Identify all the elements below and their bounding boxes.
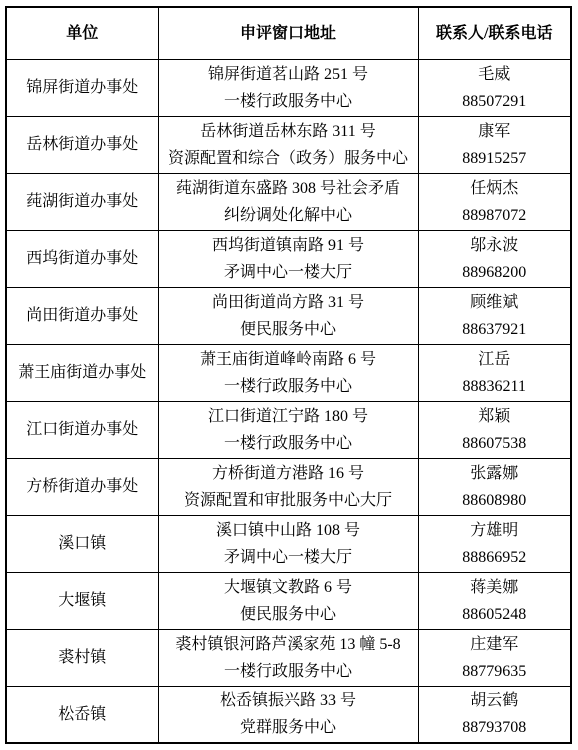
contact-phone: 88608980 [421, 487, 569, 514]
table-row: 溪口镇溪口镇中山路 108 号矛调中心一楼大厅方雄明88866952 [6, 515, 571, 572]
address-line-2: 一楼行政服务中心 [161, 88, 416, 115]
contact-name: 蒋美娜 [421, 574, 569, 601]
contact-name: 邬永波 [421, 232, 569, 259]
contact-cell: 郑颖88607538 [418, 401, 571, 458]
table-row: 江口街道办事处江口街道江宁路 180 号一楼行政服务中心郑颖88607538 [6, 401, 571, 458]
contact-name: 康军 [421, 118, 569, 145]
address-cell: 松岙镇振兴路 33 号党群服务中心 [158, 686, 418, 743]
address-line-1: 岳林街道岳林东路 311 号 [161, 118, 416, 145]
header-contact: 联系人/联系电话 [418, 7, 571, 59]
address-cell: 溪口镇中山路 108 号矛调中心一楼大厅 [158, 515, 418, 572]
contact-cell: 胡云鹤88793708 [418, 686, 571, 743]
contact-phone: 88607538 [421, 430, 569, 457]
contact-name: 方雄明 [421, 517, 569, 544]
table-row: 裘村镇裘村镇银河路芦溪家苑 13 幢 5-8一楼行政服务中心庄建军8877963… [6, 629, 571, 686]
address-cell: 裘村镇银河路芦溪家苑 13 幢 5-8一楼行政服务中心 [158, 629, 418, 686]
contact-phone: 88987072 [421, 202, 569, 229]
unit-cell: 方桥街道办事处 [6, 458, 158, 515]
address-line-2: 矛调中心一楼大厅 [161, 544, 416, 571]
address-cell: 江口街道江宁路 180 号一楼行政服务中心 [158, 401, 418, 458]
header-row: 单位 申评窗口地址 联系人/联系电话 [6, 7, 571, 59]
contact-phone: 88605248 [421, 601, 569, 628]
address-line-2: 一楼行政服务中心 [161, 373, 416, 400]
address-line-1: 裘村镇银河路芦溪家苑 13 幢 5-8 [161, 631, 416, 658]
contact-phone: 88968200 [421, 259, 569, 286]
address-line-2: 一楼行政服务中心 [161, 430, 416, 457]
contact-name: 张露娜 [421, 460, 569, 487]
unit-cell: 大堰镇 [6, 572, 158, 629]
address-cell: 西坞街道镇南路 91 号矛调中心一楼大厅 [158, 230, 418, 287]
address-cell: 萧王庙街道峰岭南路 6 号一楼行政服务中心 [158, 344, 418, 401]
address-line-2: 纠纷调处化解中心 [161, 202, 416, 229]
unit-cell: 莼湖街道办事处 [6, 173, 158, 230]
address-line-1: 萧王庙街道峰岭南路 6 号 [161, 346, 416, 373]
header-address: 申评窗口地址 [158, 7, 418, 59]
contact-cell: 顾维斌88637921 [418, 287, 571, 344]
address-line-2: 资源配置和审批服务中心大厅 [161, 487, 416, 514]
contact-name: 胡云鹤 [421, 687, 569, 714]
unit-cell: 西坞街道办事处 [6, 230, 158, 287]
table-row: 岳林街道办事处岳林街道岳林东路 311 号资源配置和综合（政务）服务中心康军88… [6, 116, 571, 173]
table-body: 锦屏街道办事处锦屏街道茗山路 251 号一楼行政服务中心毛威88507291岳林… [6, 59, 571, 743]
page: 单位 申评窗口地址 联系人/联系电话 锦屏街道办事处锦屏街道茗山路 251 号一… [0, 0, 578, 750]
address-line-1: 松岙镇振兴路 33 号 [161, 687, 416, 714]
table-row: 西坞街道办事处西坞街道镇南路 91 号矛调中心一楼大厅邬永波88968200 [6, 230, 571, 287]
contact-phone: 88915257 [421, 145, 569, 172]
contact-name: 顾维斌 [421, 289, 569, 316]
address-line-1: 西坞街道镇南路 91 号 [161, 232, 416, 259]
unit-cell: 松岙镇 [6, 686, 158, 743]
address-cell: 尚田街道尚方路 31 号便民服务中心 [158, 287, 418, 344]
table-row: 锦屏街道办事处锦屏街道茗山路 251 号一楼行政服务中心毛威88507291 [6, 59, 571, 116]
contact-cell: 方雄明88866952 [418, 515, 571, 572]
contact-name: 庄建军 [421, 631, 569, 658]
table-row: 方桥街道办事处方桥街道方港路 16 号资源配置和审批服务中心大厅张露娜88608… [6, 458, 571, 515]
address-line-2: 便民服务中心 [161, 601, 416, 628]
table-row: 莼湖街道办事处莼湖街道东盛路 308 号社会矛盾纠纷调处化解中心任炳杰88987… [6, 173, 571, 230]
table-row: 松岙镇松岙镇振兴路 33 号党群服务中心胡云鹤88793708 [6, 686, 571, 743]
unit-cell: 裘村镇 [6, 629, 158, 686]
contact-phone: 88836211 [421, 373, 569, 400]
table-header: 单位 申评窗口地址 联系人/联系电话 [6, 7, 571, 59]
address-cell: 莼湖街道东盛路 308 号社会矛盾纠纷调处化解中心 [158, 173, 418, 230]
address-line-1: 大堰镇文教路 6 号 [161, 574, 416, 601]
address-line-2: 一楼行政服务中心 [161, 658, 416, 685]
unit-cell: 岳林街道办事处 [6, 116, 158, 173]
contact-name: 任炳杰 [421, 175, 569, 202]
address-cell: 大堰镇文教路 6 号便民服务中心 [158, 572, 418, 629]
contact-cell: 邬永波88968200 [418, 230, 571, 287]
address-line-2: 资源配置和综合（政务）服务中心 [161, 145, 416, 172]
address-cell: 方桥街道方港路 16 号资源配置和审批服务中心大厅 [158, 458, 418, 515]
contact-cell: 江岳88836211 [418, 344, 571, 401]
table-row: 大堰镇大堰镇文教路 6 号便民服务中心蒋美娜88605248 [6, 572, 571, 629]
contact-phone: 88866952 [421, 544, 569, 571]
contact-name: 郑颖 [421, 403, 569, 430]
unit-cell: 尚田街道办事处 [6, 287, 158, 344]
unit-cell: 溪口镇 [6, 515, 158, 572]
contact-phone: 88779635 [421, 658, 569, 685]
address-line-2: 党群服务中心 [161, 714, 416, 741]
header-unit: 单位 [6, 7, 158, 59]
address-line-1: 江口街道江宁路 180 号 [161, 403, 416, 430]
table-row: 萧王庙街道办事处萧王庙街道峰岭南路 6 号一楼行政服务中心江岳88836211 [6, 344, 571, 401]
unit-cell: 锦屏街道办事处 [6, 59, 158, 116]
contact-name: 江岳 [421, 346, 569, 373]
address-line-1: 锦屏街道茗山路 251 号 [161, 61, 416, 88]
address-line-2: 便民服务中心 [161, 316, 416, 343]
unit-cell: 江口街道办事处 [6, 401, 158, 458]
address-line-2: 矛调中心一楼大厅 [161, 259, 416, 286]
contact-phone: 88637921 [421, 316, 569, 343]
contact-phone: 88793708 [421, 714, 569, 741]
address-line-1: 溪口镇中山路 108 号 [161, 517, 416, 544]
contact-cell: 庄建军88779635 [418, 629, 571, 686]
contact-name: 毛威 [421, 61, 569, 88]
address-line-1: 方桥街道方港路 16 号 [161, 460, 416, 487]
address-cell: 岳林街道岳林东路 311 号资源配置和综合（政务）服务中心 [158, 116, 418, 173]
contact-cell: 张露娜88608980 [418, 458, 571, 515]
address-line-1: 莼湖街道东盛路 308 号社会矛盾 [161, 175, 416, 202]
unit-cell: 萧王庙街道办事处 [6, 344, 158, 401]
table-row: 尚田街道办事处尚田街道尚方路 31 号便民服务中心顾维斌88637921 [6, 287, 571, 344]
address-cell: 锦屏街道茗山路 251 号一楼行政服务中心 [158, 59, 418, 116]
contact-cell: 康军88915257 [418, 116, 571, 173]
address-line-1: 尚田街道尚方路 31 号 [161, 289, 416, 316]
contact-cell: 毛威88507291 [418, 59, 571, 116]
contact-phone: 88507291 [421, 88, 569, 115]
contact-table: 单位 申评窗口地址 联系人/联系电话 锦屏街道办事处锦屏街道茗山路 251 号一… [5, 6, 572, 744]
contact-cell: 任炳杰88987072 [418, 173, 571, 230]
contact-cell: 蒋美娜88605248 [418, 572, 571, 629]
